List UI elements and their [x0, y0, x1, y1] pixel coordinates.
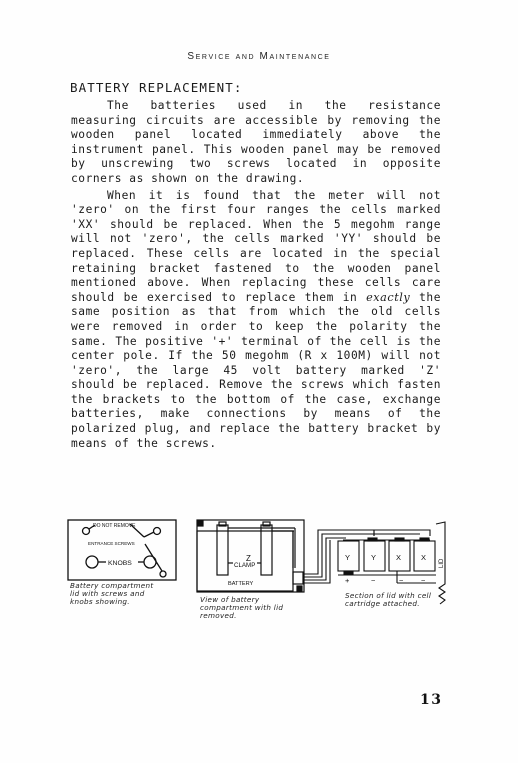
paragraph-intro: The batteries used in the resistance mea… [71, 99, 441, 187]
cell-label-3: X [396, 553, 401, 562]
body-text: The batteries used in the resistance mea… [71, 99, 441, 451]
paragraph-replacement-part1: When it is found that the meter will not… [71, 189, 441, 304]
running-head: Service and Maintenance [0, 51, 518, 62]
caption-compartment: View of battery compartment with lid rem… [200, 596, 290, 620]
polarity-1: + [345, 576, 350, 585]
section-title: BATTERY REPLACEMENT: [70, 80, 243, 95]
caption-lid: Battery compartment lid with screws and … [70, 582, 155, 606]
page-number: 13 [420, 692, 442, 708]
manual-page: Service and Maintenance BATTERY REPLACEM… [0, 0, 518, 763]
paragraph-replacement-part2: the same position as that from which the… [71, 291, 441, 450]
label-battery: BATTERY [228, 581, 254, 587]
cell-label-2: Y [371, 553, 376, 562]
label-knobs: KNOBS [108, 560, 132, 567]
caption-cartridge: Section of lid with cell cartridge attac… [345, 592, 445, 608]
label-entrance-screws: ENTRANCE SCREWS [88, 541, 135, 546]
polarity-4: − [421, 576, 426, 585]
figure-lid [68, 520, 176, 580]
emphasis-exactly: exactly [366, 291, 410, 304]
polarity-3: − [399, 576, 404, 585]
label-lid: LID [439, 558, 445, 568]
cell-label-4: X [421, 553, 426, 562]
cell-label-1: Y [345, 553, 350, 562]
label-do-not-remove: DO NOT REMOVE [93, 523, 136, 529]
paragraph-replacement: When it is found that the meter will not… [71, 189, 441, 452]
polarity-2: − [371, 576, 376, 585]
label-clamp: CLAMP [234, 562, 255, 569]
